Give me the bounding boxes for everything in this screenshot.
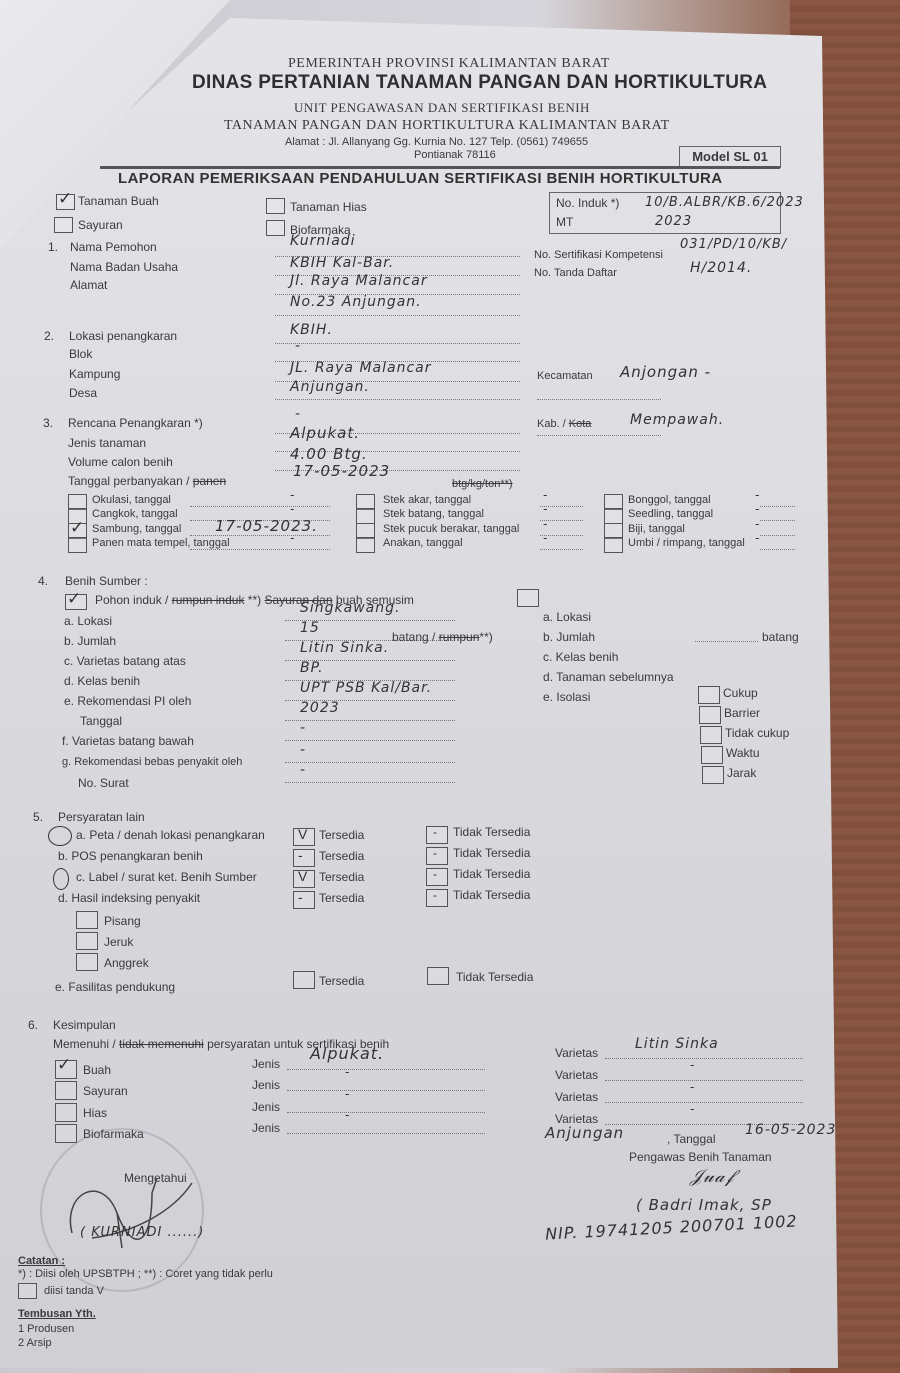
sayuran-semusim-checkbox[interactable]	[517, 589, 539, 607]
kesimpulan-label: Hias	[83, 1106, 107, 1120]
check-mark: V	[298, 826, 307, 842]
method-value: -	[543, 502, 548, 516]
isolasi-label: Cukup	[723, 686, 758, 700]
dotted-line	[537, 398, 661, 400]
category-label: Tanaman Hias	[290, 200, 367, 214]
category-label: Sayuran	[78, 218, 123, 232]
varietas-value: Litin Sinka	[635, 1036, 719, 1052]
tidak-tersedia-label: Tidak Tersedia	[453, 888, 530, 902]
jenis-label: Jenis	[252, 1121, 280, 1135]
field-label: a. Lokasi	[543, 610, 591, 624]
kota-struck-text: Kota	[569, 418, 592, 430]
field-label: Kecamatan	[537, 370, 593, 382]
unit-header-2: TANAMAN PANGAN DAN HORTIKULTURA KALIMANT…	[224, 118, 670, 134]
dotted-line	[287, 1111, 485, 1113]
category-checkbox-biofarmaka[interactable]	[266, 220, 285, 236]
pengawas-signature: 𝒥𝓊𝒶𝒻	[690, 1166, 734, 1187]
dotted-line	[285, 781, 455, 783]
field-label: Blok	[69, 347, 92, 361]
kampung-value: JL. Raya Malancar	[290, 360, 431, 376]
tidak-tersedia-checkbox[interactable]: -	[426, 847, 448, 865]
statement-text: Memenuhi /	[53, 1037, 119, 1051]
induk-label: No. Induk *)	[556, 196, 619, 210]
badan-usaha-value: KBIH Kal-Bar.	[290, 255, 394, 271]
fasilitas-label: e. Fasilitas pendukung	[55, 980, 175, 994]
tersedia-checkbox[interactable]: V	[293, 828, 315, 846]
pohon-text: **)	[244, 593, 264, 607]
field-label: e. Isolasi	[543, 690, 590, 704]
method-label: Stek batang, tanggal	[383, 508, 484, 520]
indeksing-checkbox[interactable]	[76, 953, 98, 971]
dotted-line	[287, 1132, 485, 1134]
desa-value: Anjungan.	[290, 379, 370, 395]
dotted-line	[275, 398, 520, 400]
field-value: -	[300, 720, 306, 736]
section-number: 5.	[33, 810, 43, 824]
jenis-value: -	[345, 1108, 350, 1122]
field-label: Nama Badan Usaha	[70, 260, 178, 274]
tidak-tersedia-label: Tidak Tersedia	[453, 825, 530, 839]
method-label: Stek akar, tanggal	[383, 494, 471, 506]
check-mark: -	[433, 825, 437, 839]
fasilitas-tersedia-checkbox[interactable]	[293, 971, 315, 989]
alamat-value-2: No.23 Anjungan.	[290, 294, 422, 310]
isolasi-label: Waktu	[726, 746, 760, 760]
jenis-value: -	[345, 1065, 350, 1079]
requirement-label: a. Peta / denah lokasi penangkaran	[76, 828, 265, 842]
field-label: f. Varietas batang bawah	[62, 734, 194, 748]
isolasi-checkbox[interactable]	[701, 746, 723, 764]
dotted-line	[190, 505, 330, 507]
tidak-tersedia-checkbox[interactable]: -	[426, 889, 448, 907]
field-label: e. Rekomendasi PI oleh	[64, 694, 191, 708]
form-paper: PEMERINTAH PROVINSI KALIMANTAN BARAT DIN…	[0, 18, 840, 1368]
gov-header: PEMERINTAH PROVINSI KALIMANTAN BARAT	[288, 56, 610, 72]
kesimpulan-label: Sayuran	[83, 1084, 128, 1098]
kecamatan-value: Anjongan -	[620, 363, 711, 381]
section-number: 1.	[48, 240, 58, 254]
requirement-label: d. Hasil indeksing penyakit	[58, 891, 200, 905]
field-value: Singkawang.	[300, 600, 400, 616]
method-label: Sambung, tanggal	[92, 523, 181, 535]
isolasi-checkbox[interactable]	[698, 686, 720, 704]
kesimpulan-checkbox[interactable]	[55, 1124, 77, 1143]
method-label: Stek pucuk berakar, tanggal	[383, 523, 519, 535]
nama-pemohon-value: Kurniadi	[290, 233, 356, 249]
method-value: 17-05-2023.	[215, 517, 318, 535]
isolasi-label: Barrier	[724, 706, 760, 720]
jenis-label: Jenis	[252, 1057, 280, 1071]
struck-text: tidak memenuhi	[119, 1037, 204, 1051]
field-label: Desa	[69, 386, 97, 400]
circle-mark-a	[48, 826, 72, 846]
catatan-note-1: *) : Diisi oleh UPSBTPH ; **) : Coret ya…	[18, 1268, 273, 1280]
method-value: -	[755, 517, 760, 531]
method-value: -	[543, 517, 548, 531]
tidak-tersedia-checkbox[interactable]: -	[426, 826, 448, 844]
method-label: Biji, tanggal	[628, 523, 685, 535]
pengawas-title: Pengawas Benih Tanaman	[629, 1150, 772, 1164]
isolasi-label: Jarak	[727, 766, 756, 780]
batang-text: batang /	[392, 630, 439, 644]
isolasi-label: Tidak cukup	[725, 726, 789, 740]
sertifikasi-value: 031/PD/10/KB/	[680, 237, 787, 252]
struck-text: rumpun induk	[172, 593, 245, 607]
panen-struck-text: panen	[193, 474, 226, 488]
tersedia-checkbox[interactable]: V	[293, 870, 315, 888]
varietas-value: -	[690, 1058, 695, 1072]
category-label: Tanaman Buah	[78, 194, 159, 208]
field-label: Alamat	[70, 278, 107, 292]
sign-date: 16-05-2023.	[745, 1122, 842, 1138]
method-checkbox[interactable]	[356, 508, 375, 524]
dotted-line	[285, 739, 455, 741]
catatan-label: Catatan :	[18, 1255, 65, 1267]
method-checkbox[interactable]	[68, 537, 87, 553]
field-label: b. Jumlah	[543, 630, 595, 644]
jenis-value: -	[345, 1087, 350, 1101]
dotted-line	[605, 1101, 803, 1103]
check-mark: -	[433, 888, 437, 902]
dotted-line	[287, 1089, 485, 1091]
sign-place: Anjungan	[545, 1124, 624, 1142]
field-label: No. Tanda Daftar	[534, 267, 617, 279]
tersedia-checkbox[interactable]: -	[293, 849, 315, 867]
tanggal-text: Tanggal perbanyakan /	[68, 474, 193, 488]
indeksing-label: Jeruk	[104, 935, 133, 949]
isolasi-checkbox[interactable]	[702, 766, 724, 784]
mengetahui-name: ( KURNIADI ......)	[80, 1225, 204, 1240]
form-title: LAPORAN PEMERIKSAAN PENDAHULUAN SERTIFIK…	[118, 170, 723, 187]
field-value: -	[300, 762, 306, 778]
jenis-value: Alpukat.	[290, 424, 360, 442]
legend-checkbox	[18, 1283, 37, 1299]
unit-struck-text: btg/kg/ton**)	[452, 478, 513, 490]
varietas-value: -	[690, 1080, 695, 1094]
field-label: No. Sertifikasi Kompetensi	[534, 249, 663, 261]
unit-header: UNIT PENGAWASAN DAN SERTIFIKASI BENIH	[294, 100, 590, 116]
batang-suffix: batang	[762, 630, 799, 644]
method-value: -	[290, 502, 295, 516]
tembusan-item: 2 Arsip	[18, 1337, 52, 1349]
method-value: -	[755, 531, 760, 545]
varietas-label: Varietas	[555, 1090, 598, 1104]
check-mark: -	[433, 867, 437, 881]
pohon-induk-checkbox[interactable]: ✓	[65, 594, 87, 610]
blok-value: -	[295, 338, 301, 354]
section-number: 3.	[43, 416, 53, 430]
field-value: Litin Sinka.	[300, 640, 389, 656]
tersedia-label: Tersedia	[319, 891, 364, 905]
dotted-line	[287, 1068, 485, 1070]
dotted-line	[605, 1057, 803, 1059]
field-label: Rencana Penangkaran *)	[68, 416, 203, 430]
dotted-line	[605, 1079, 803, 1081]
field-label: d. Tanaman sebelumnya	[543, 670, 674, 684]
field-label: c. Varietas batang atas	[64, 654, 186, 668]
category-checkbox-buah[interactable]: ✓	[56, 194, 75, 210]
dotted-line	[540, 548, 583, 550]
dotted-line	[760, 505, 795, 507]
tidak-tersedia-label: Tidak Tersedia	[453, 867, 530, 881]
category-checkbox-hias[interactable]	[266, 198, 285, 214]
field-label: Tanggal	[80, 714, 122, 728]
check-icon: ✓	[70, 518, 84, 538]
method-label: Cangkok, tanggal	[92, 508, 178, 520]
field-label: a. Lokasi	[64, 614, 112, 628]
sign-date-label: , Tanggal	[667, 1132, 716, 1146]
tersedia-label: Tersedia	[319, 974, 364, 988]
field-label: Kampung	[69, 367, 120, 381]
tidak-tersedia-label: Tidak Tersedia	[456, 970, 533, 984]
tersedia-label: Tersedia	[319, 849, 364, 863]
dotted-line	[190, 548, 330, 550]
dotted-line	[760, 519, 795, 521]
volume-value: 4.00 Btg.	[290, 445, 368, 463]
tembusan-label: Tembusan Yth.	[18, 1308, 96, 1320]
dotted-line	[275, 314, 520, 316]
varietas-label: Varietas	[555, 1068, 598, 1082]
pengawas-name: ( Badri Imak, SP	[636, 1196, 772, 1214]
batang-unit: batang / rumpun**)	[392, 630, 493, 644]
field-label: b. Jumlah	[64, 634, 116, 648]
tidak-tersedia-label: Tidak Tersedia	[453, 846, 530, 860]
lokasi-value: KBIH.	[290, 322, 333, 338]
method-checkbox[interactable]	[604, 508, 623, 524]
jenis-label: Jenis	[252, 1078, 280, 1092]
method-label: Anakan, tanggal	[383, 537, 463, 549]
varietas-label: Varietas	[555, 1046, 598, 1060]
section-title: Persyaratan lain	[58, 810, 145, 824]
method-checkbox[interactable]	[356, 537, 375, 553]
kesimpulan-checkbox[interactable]	[55, 1081, 77, 1100]
field-value: BP.	[300, 660, 324, 676]
alamat-value: Jl. Raya Malancar	[290, 273, 428, 289]
method-label: Okulasi, tanggal	[92, 494, 171, 506]
kab-value: Mempawah.	[630, 412, 724, 428]
isolasi-checkbox[interactable]	[699, 706, 721, 724]
section-title: Kesimpulan	[53, 1018, 116, 1032]
method-value: -	[755, 502, 760, 516]
field-label: No. Surat	[78, 776, 129, 790]
dotted-line	[695, 640, 758, 642]
address: Alamat : Jl. Allanyang Gg. Kurnia No. 12…	[285, 136, 588, 148]
method-checkbox[interactable]	[604, 537, 623, 553]
jenis-label: Jenis	[252, 1100, 280, 1114]
method-label: Bonggol, tanggal	[628, 494, 711, 506]
catatan-note-2: diisi tanda V	[44, 1285, 104, 1297]
tersedia-label: Tersedia	[319, 828, 364, 842]
method-label: Seedling, tanggal	[628, 508, 713, 520]
dotted-line	[285, 719, 455, 721]
section-title: Benih Sumber :	[65, 574, 148, 588]
requirement-label: b. POS penangkaran benih	[58, 849, 203, 863]
method-value: -	[290, 531, 295, 545]
pengawas-nip: NIP. 19741205 200701 1002	[545, 1211, 798, 1243]
jenis-value: Alpukat.	[310, 1044, 384, 1063]
fasilitas-tidak-checkbox[interactable]	[427, 967, 449, 985]
requirement-label: c. Label / surat ket. Benih Sumber	[76, 870, 257, 884]
section-number: 6.	[28, 1018, 38, 1032]
check-mark: -	[433, 846, 437, 860]
indeksing-checkbox[interactable]	[76, 911, 98, 929]
dotted-line	[760, 534, 795, 536]
check-mark: V	[298, 868, 307, 884]
kab-label: Kab. / Kota	[537, 418, 591, 430]
field-label: g. Rekomendasi bebas penyakit oleh	[62, 756, 242, 768]
pohon-text: Pohon induk /	[95, 593, 172, 607]
indeksing-checkbox[interactable]	[76, 932, 98, 950]
field-value: -	[300, 742, 306, 758]
kab-text: Kab. /	[537, 418, 569, 430]
tersedia-label: Tersedia	[319, 870, 364, 884]
tidak-tersedia-checkbox[interactable]: -	[426, 868, 448, 886]
field-value: 2023	[300, 700, 340, 716]
field-value: UPT PSB Kal/Bar.	[300, 680, 432, 696]
rencana-value: -	[295, 406, 301, 422]
dept-header: DINAS PERTANIAN TANAMAN PANGAN DAN HORTI…	[192, 72, 767, 94]
tembusan-item: 1 Produsen	[18, 1323, 74, 1335]
indeksing-label: Pisang	[104, 914, 141, 928]
check-mark: -	[298, 889, 303, 905]
field-label: Lokasi penangkaran	[69, 329, 177, 343]
check-mark: -	[298, 847, 303, 863]
field-label: d. Kelas benih	[64, 674, 140, 688]
method-value: -	[543, 531, 548, 545]
mengetahui-signature	[62, 1173, 202, 1253]
section-number: 4.	[38, 574, 48, 588]
kesimpulan-label: Buah	[83, 1063, 111, 1077]
tanda-daftar-value: H/2014.	[690, 260, 752, 276]
tersedia-checkbox[interactable]: -	[293, 891, 315, 909]
tanggal-label: Tanggal perbanyakan / panen	[68, 474, 226, 488]
category-checkbox-sayuran[interactable]	[54, 217, 73, 233]
section-number: 2.	[44, 329, 54, 343]
check-icon: ✓	[57, 1055, 71, 1075]
mt-label: MT	[556, 215, 573, 229]
induk-value: 10/B.ALBR/KB.6/2023	[645, 195, 804, 210]
dotted-line	[760, 548, 795, 550]
method-value: -	[290, 488, 295, 502]
tanggal-value: 17-05-2023	[293, 462, 390, 480]
model-badge: Model SL 01	[679, 146, 781, 168]
city: Pontianak 78116	[414, 149, 496, 161]
rumpun-struck: rumpun	[439, 630, 480, 644]
varietas-value: -	[690, 1102, 695, 1116]
field-label: Jenis tanaman	[68, 436, 146, 450]
field-label: Nama Pemohon	[70, 240, 157, 254]
mt-value: 2023	[655, 214, 692, 229]
field-value: 15	[300, 620, 320, 636]
header-divider	[100, 166, 780, 169]
dotted-line	[537, 434, 661, 436]
method-value: -	[543, 488, 548, 502]
isolasi-checkbox[interactable]	[700, 726, 722, 744]
circle-mark-c	[53, 868, 69, 890]
kesimpulan-checkbox[interactable]: ✓	[55, 1060, 77, 1079]
field-label: Volume calon benih	[68, 455, 173, 469]
method-value: -	[755, 488, 760, 502]
indeksing-label: Anggrek	[104, 956, 149, 970]
field-label: c. Kelas benih	[543, 650, 618, 664]
dotted-line	[285, 761, 455, 763]
dotted-line	[275, 342, 520, 344]
kesimpulan-checkbox[interactable]	[55, 1103, 77, 1122]
method-label: Umbi / rimpang, tanggal	[628, 537, 745, 549]
batang-suffix: **)	[479, 630, 492, 644]
